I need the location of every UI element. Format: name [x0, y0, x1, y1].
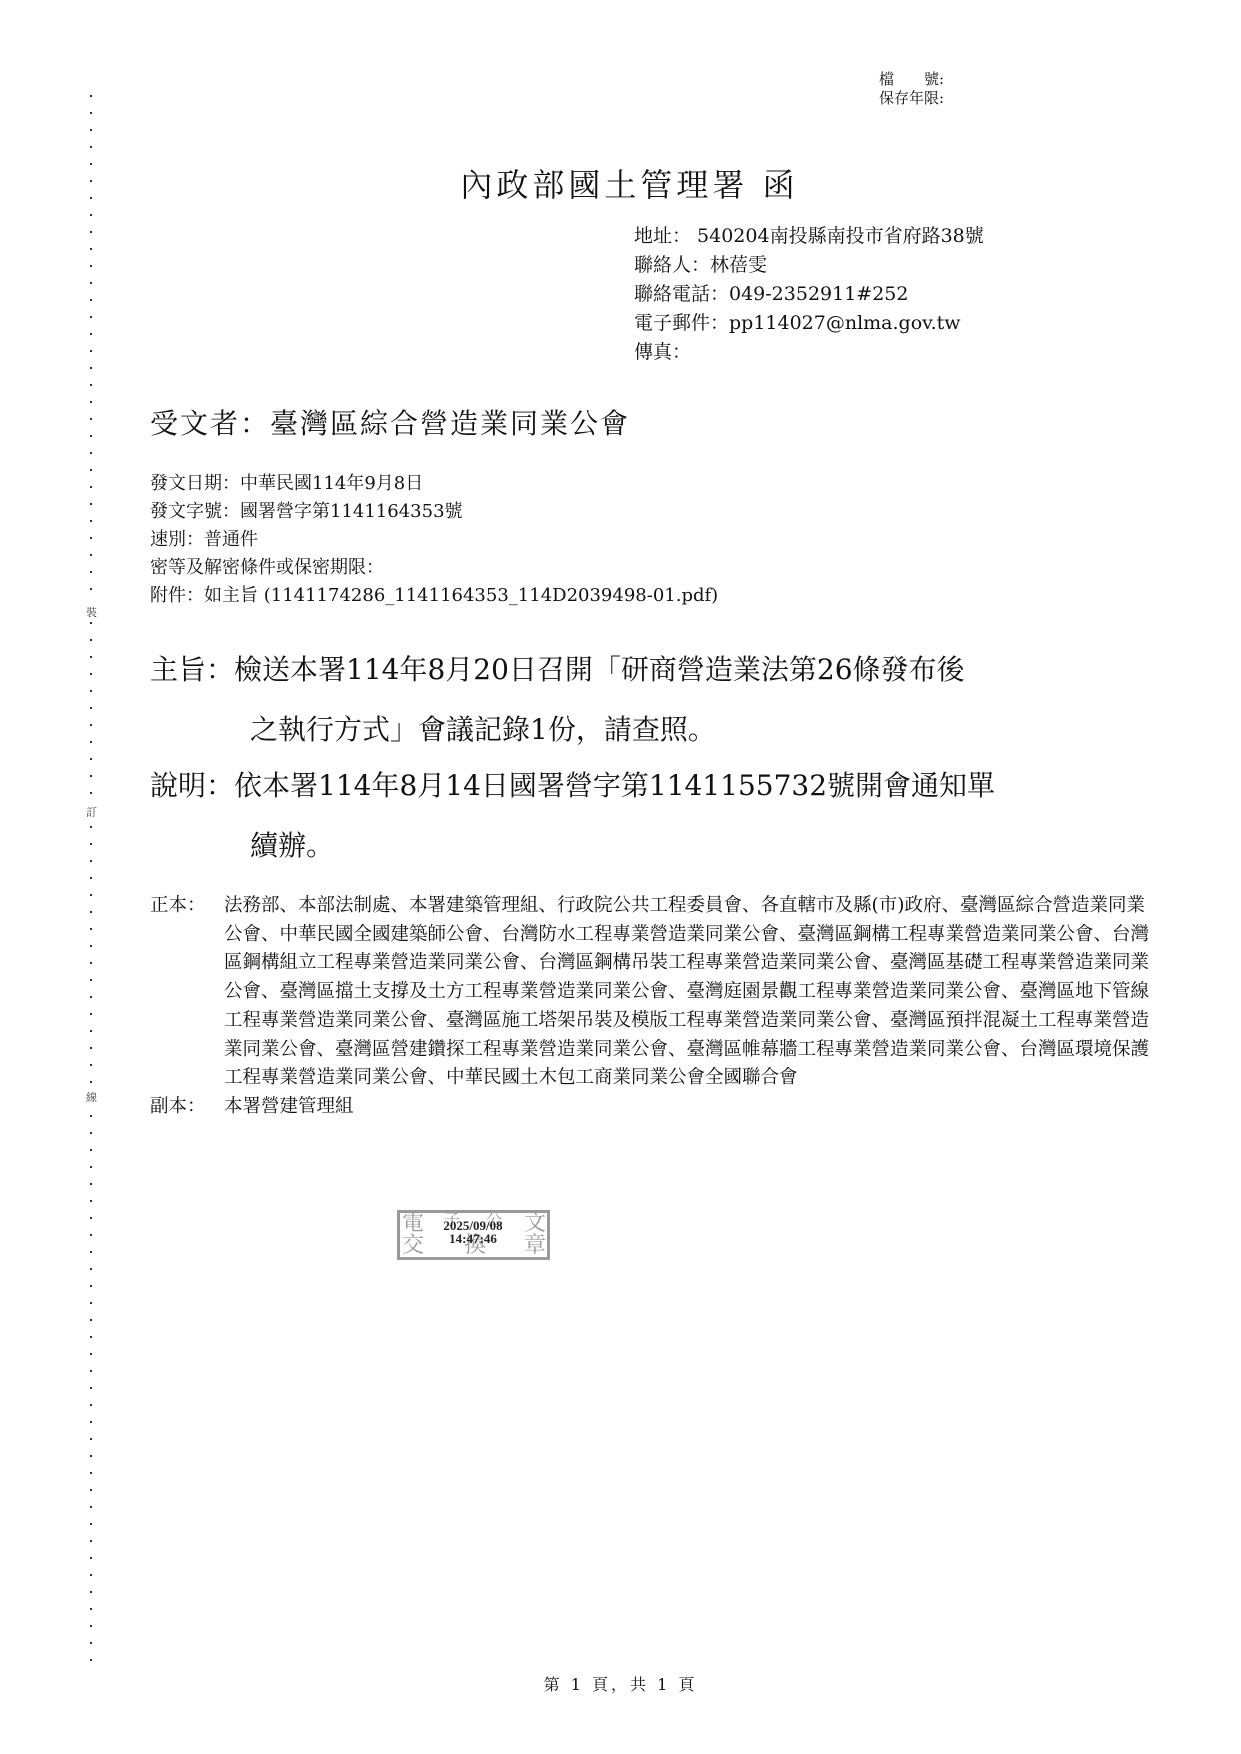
binding-dot — [90, 299, 92, 301]
binding-dot — [90, 384, 92, 386]
binding-dot — [90, 503, 92, 505]
binding-dot — [90, 1030, 92, 1032]
classification: 密等及解密條件或保密期限： — [150, 554, 718, 582]
binding-dot — [90, 231, 92, 233]
binding-dot — [90, 554, 92, 556]
page-footer: 第 1 頁，共 1 頁 — [0, 1672, 1241, 1695]
binding-dot — [90, 758, 92, 760]
binding-dot — [90, 1319, 92, 1321]
explanation: 說明：依本署114年8月14日國署營字第1141155732號開會通知單 續辦。 — [150, 756, 995, 876]
binding-dot — [90, 537, 92, 539]
binding-dot — [90, 350, 92, 352]
binding-dot — [90, 979, 92, 981]
attachment: 附件：如主旨 (1141174286_1141164353_114D203949… — [150, 582, 718, 610]
binding-dot — [90, 418, 92, 420]
binding-dot — [90, 1336, 92, 1338]
binding-dot — [90, 1557, 92, 1559]
binding-dot — [90, 1472, 92, 1474]
distribution: 正本： 法務部、本部法制處、本署建築管理組、行政院公共工程委員會、各直轄市及縣(… — [150, 892, 1154, 1122]
filing-info: 檔 號: 保存年限: — [879, 70, 944, 108]
contact-person: 聯絡人：林蓓雯 — [634, 251, 984, 280]
binding-dot — [90, 843, 92, 845]
document-title: 內政部國土管理署 函 — [0, 160, 1241, 206]
binding-dot — [90, 435, 92, 437]
binding-dot — [90, 1387, 92, 1389]
binding-mark: 裝 — [86, 604, 97, 620]
binding-dot — [90, 1591, 92, 1593]
binding-dot — [90, 945, 92, 947]
binding-dot — [90, 316, 92, 318]
binding-dot — [90, 1642, 92, 1644]
binding-dot — [90, 588, 92, 590]
copy-recipients: 本署營建管理組 — [224, 1093, 354, 1122]
binding-dot — [90, 690, 92, 692]
binding-dot — [90, 741, 92, 743]
fax: 傳真： — [634, 338, 984, 367]
binding-dot — [90, 826, 92, 828]
e-document-exchange-stamp: 電 子 公 文 交 換 章 2025/09/08 14:47:46 — [397, 1210, 550, 1260]
address: 地址： 540204南投縣南投市省府路38號 — [634, 222, 984, 251]
binding-dot — [90, 486, 92, 488]
binding-dot — [90, 1370, 92, 1372]
binding-dot — [90, 401, 92, 403]
binding-dot — [90, 1455, 92, 1457]
subject-line-2: 之執行方式」會議記錄1份，請查照。 — [150, 700, 965, 760]
binding-dot — [90, 1506, 92, 1508]
binding-dot — [90, 95, 92, 97]
binding-dot — [90, 1523, 92, 1525]
binding-dot — [90, 452, 92, 454]
binding-dot — [90, 333, 92, 335]
issue-date: 發文日期：中華民國114年9月8日 — [150, 470, 718, 498]
binding-dot — [90, 1659, 92, 1661]
binding-dot — [90, 469, 92, 471]
file-number-label: 檔 號: — [879, 70, 944, 89]
binding-dot — [90, 1608, 92, 1610]
binding-dot — [90, 1625, 92, 1627]
document-meta: 發文日期：中華民國114年9月8日 發文字號：國署營字第1141164353號 … — [150, 470, 718, 610]
explanation-line-2: 續辦。 — [150, 816, 995, 876]
binding-dot — [90, 520, 92, 522]
binding-dot — [90, 1115, 92, 1117]
binding-dot — [90, 894, 92, 896]
phone: 聯絡電話：049-2352911#252 — [634, 280, 984, 309]
stamp-timestamp: 2025/09/08 14:47:46 — [438, 1219, 508, 1245]
binding-dot — [90, 724, 92, 726]
binding-mark: 線 — [86, 1089, 97, 1105]
binding-dot — [90, 129, 92, 131]
binding-dot — [90, 214, 92, 216]
binding-dot — [90, 962, 92, 964]
subject-label: 主旨： — [150, 640, 234, 700]
binding-dot — [90, 1251, 92, 1253]
binding-dot — [90, 707, 92, 709]
binding-dot — [90, 1081, 92, 1083]
binding-dot — [90, 1285, 92, 1287]
binding-dot — [90, 1132, 92, 1134]
explanation-line-1: 依本署114年8月14日國署營字第1141155732號開會通知單 — [234, 769, 995, 802]
email: 電子郵件：pp114027@nlma.gov.tw — [634, 309, 984, 338]
binding-dot — [90, 1438, 92, 1440]
binding-dot — [90, 248, 92, 250]
binding-dot — [90, 639, 92, 641]
binding-dot — [90, 265, 92, 267]
binding-dot — [90, 1234, 92, 1236]
binding-dot — [90, 146, 92, 148]
binding-dot — [90, 1183, 92, 1185]
binding-dot — [90, 673, 92, 675]
binding-dot — [90, 996, 92, 998]
binding-dot — [90, 1540, 92, 1542]
retention-label: 保存年限: — [879, 89, 944, 108]
binding-dot — [90, 282, 92, 284]
doc-number: 發文字號：國署營字第1141164353號 — [150, 498, 718, 526]
copy-recipients-label: 副本： — [150, 1093, 224, 1122]
binding-dot — [90, 775, 92, 777]
subject-line-1: 檢送本署114年8月20日召開「研商營造業法第26條發布後 — [234, 653, 965, 686]
explanation-label: 說明： — [150, 756, 234, 816]
contact-block: 地址： 540204南投縣南投市省府路38號 聯絡人：林蓓雯 聯絡電話：049-… — [634, 222, 984, 367]
binding-dot — [90, 367, 92, 369]
binding-mark: 訂 — [86, 804, 97, 820]
binding-dot — [90, 1013, 92, 1015]
stamp-char: 交 — [402, 1235, 424, 1257]
binding-dot — [90, 1404, 92, 1406]
subject: 主旨：檢送本署114年8月20日召開「研商營造業法第26條發布後 之執行方式」會… — [150, 640, 965, 760]
binding-dot — [90, 792, 92, 794]
binding-dot — [90, 1489, 92, 1491]
binding-dot — [90, 112, 92, 114]
binding-dot — [90, 911, 92, 913]
binding-dot — [90, 1302, 92, 1304]
recipient: 受文者：臺灣區綜合營造業同業公會 — [150, 402, 630, 442]
binding-dot — [90, 1421, 92, 1423]
binding-dot — [90, 1166, 92, 1168]
stamp-char: 章 — [524, 1235, 546, 1257]
binding-dot — [90, 1047, 92, 1049]
binding-dot — [90, 1574, 92, 1576]
binding-dot — [90, 860, 92, 862]
binding-dot — [90, 1217, 92, 1219]
binding-dot — [90, 1268, 92, 1270]
binding-margin: 裝訂線 — [86, 95, 98, 1675]
binding-dot — [90, 1064, 92, 1066]
binding-dot — [90, 1149, 92, 1151]
stamp-char: 電 — [402, 1213, 424, 1235]
binding-dot — [90, 571, 92, 573]
binding-dot — [90, 877, 92, 879]
binding-dot — [90, 1200, 92, 1202]
binding-dot — [90, 1353, 92, 1355]
binding-dot — [90, 656, 92, 658]
original-recipients: 法務部、本部法制處、本署建築管理組、行政院公共工程委員會、各直轄市及縣(市)政府… — [224, 892, 1154, 1093]
stamp-time: 14:47:46 — [438, 1232, 508, 1245]
stamp-char: 文 — [524, 1213, 546, 1235]
original-recipients-label: 正本： — [150, 892, 224, 1093]
binding-dot — [90, 928, 92, 930]
binding-dot — [90, 622, 92, 624]
priority: 速別：普通件 — [150, 526, 718, 554]
